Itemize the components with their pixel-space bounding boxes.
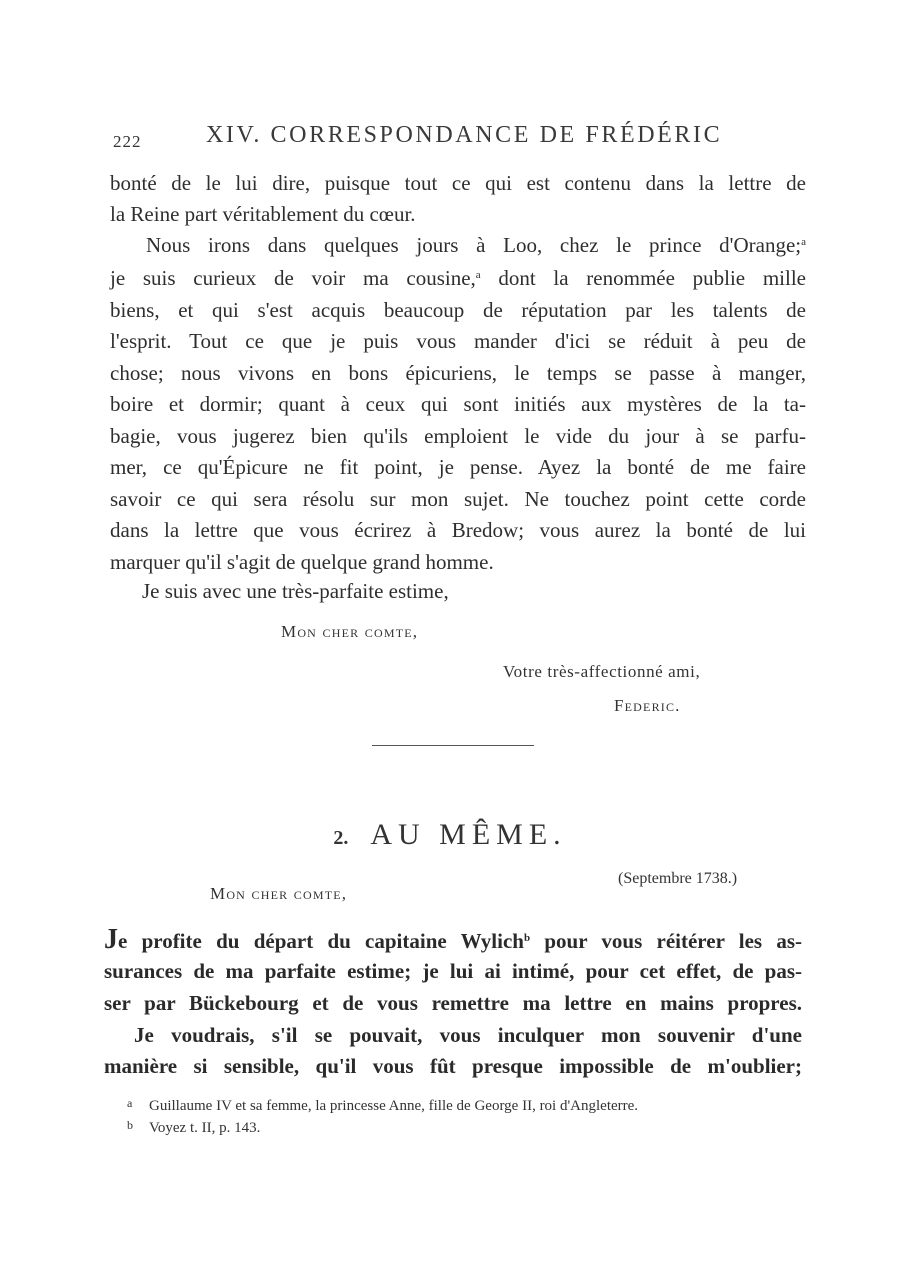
footnote-mark: a [127,1096,149,1111]
salutation: Mon cher comte, [210,884,347,904]
text-span: je suis curieux de voir ma cousine, [110,266,476,290]
body-line: mer, ce qu'Épicure ne fit point, je pens… [110,452,806,483]
letter-title: AU MÊME. [370,818,566,851]
body-line: je suis curieux de voir ma cousine,a don… [110,263,806,294]
body-line: la Reine part véritablement du cœur. [110,199,806,230]
body-line: Je profite du départ du capitaine Wylich… [104,924,802,957]
body-line: ser par Bückebourg et de vous remettre m… [104,988,802,1019]
body-line: boire et dormir; quant à ceux qui sont i… [110,389,806,420]
body-line: bonté de le lui dire, puisque tout ce qu… [110,168,806,199]
closing-line: Je suis avec une très-parfaite estime, [106,576,802,607]
signature: Federic. [614,696,681,716]
letter-date: (Septembre 1738.) [618,870,737,888]
text-span: dont la renommée publie mille [481,266,806,290]
page-number: 222 [113,132,142,152]
body-line: dans la lettre que vous écrirez à Bredow… [110,515,806,546]
body-line: biens, et qui s'est acquis beaucoup de r… [110,295,806,326]
book-page: 222 XIV. CORRESPONDANCE DE FRÉDÉRIC bont… [0,0,900,1280]
section-divider [372,745,534,746]
body-line: Je voudrais, s'il se pouvait, vous incul… [104,1020,802,1051]
footnote-mark: b [127,1118,149,1133]
valediction: Votre très-affectionné ami, [503,662,700,682]
body-line: chose; nous vivons en bons épicuriens, l… [110,358,806,389]
letter-heading: 2.AU MÊME. [0,818,900,852]
text-span: e profite du départ du capitaine Wylich [118,929,524,953]
body-line: savoir ce qui sera résolu sur mon sujet.… [110,484,806,515]
running-head: 222 XIV. CORRESPONDANCE DE FRÉDÉRIC [113,122,813,156]
footnote-text: Guillaume IV et sa femme, la princesse A… [149,1098,638,1114]
body-line: manière si sensible, qu'il vous fût pres… [104,1051,802,1082]
footnote: bVoyez t. II, p. 143. [127,1118,260,1137]
text-span: Nous irons dans quelques jours à Loo, ch… [146,233,801,257]
running-head-title: XIV. CORRESPONDANCE DE FRÉDÉRIC [206,122,722,149]
footnote-ref[interactable]: a [801,236,806,248]
footnote: aGuillaume IV et sa femme, la princesse … [127,1096,638,1115]
footnote-text: Voyez t. II, p. 143. [149,1120,260,1136]
body-line: bagie, vous jugerez bien qu'ils emploien… [110,421,806,452]
body-line: marquer qu'il s'agit de quelque grand ho… [110,547,806,578]
body-line: l'esprit. Tout ce que je puis vous mande… [110,326,806,357]
text-span: pour vous réitérer les as- [530,929,802,953]
drop-cap: J [104,924,118,955]
salutation: Mon cher comte, [281,622,418,642]
letter-number: 2. [333,827,348,849]
body-line: surances de ma parfaite estime; je lui a… [104,956,802,987]
body-line: Nous irons dans quelques jours à Loo, ch… [110,230,806,261]
